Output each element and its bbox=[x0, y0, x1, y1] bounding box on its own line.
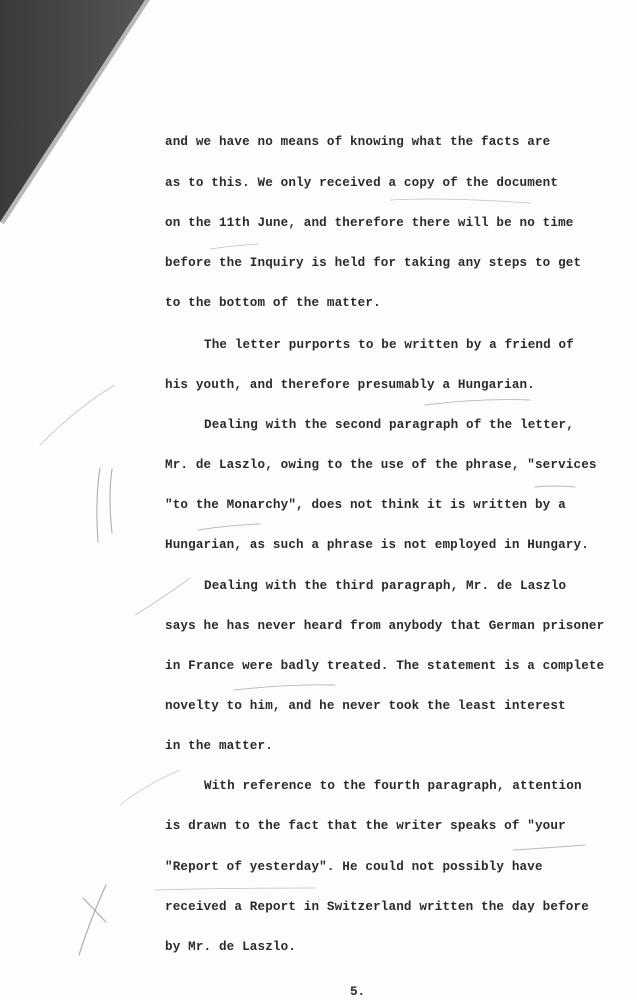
text-line-12: Dealing with the third paragraph, Mr. de… bbox=[204, 578, 566, 594]
text-line-20: received a Report in Switzerland written… bbox=[165, 899, 589, 915]
text-line-1: and we have no means of knowing what the… bbox=[165, 134, 550, 150]
text-line-15: novelty to him, and he never took the le… bbox=[165, 698, 566, 714]
document-page: and we have no means of knowing what the… bbox=[0, 0, 637, 1000]
text-line-4: before the Inquiry is held for taking an… bbox=[165, 255, 581, 271]
text-line-10: "to the Monarchy", does not think it is … bbox=[165, 497, 566, 513]
pencil-underline-mark bbox=[198, 524, 260, 530]
text-line-5: to the bottom of the matter. bbox=[165, 295, 381, 311]
pencil-underline-mark bbox=[210, 244, 258, 249]
text-line-13: says he has never heard from anybody tha… bbox=[165, 618, 604, 634]
pencil-underline-mark bbox=[390, 199, 530, 203]
pencil-underline-mark bbox=[155, 888, 315, 890]
text-line-19: "Report of yesterday". He could not poss… bbox=[165, 859, 543, 875]
pencil-x-mark-a bbox=[83, 898, 106, 922]
text-line-7: his youth, and therefore presumably a Hu… bbox=[165, 377, 535, 393]
text-line-18: is drawn to the fact that the writer spe… bbox=[165, 818, 566, 834]
text-line-3: on the 11th June, and therefore there wi… bbox=[165, 215, 574, 231]
text-line-6: The letter purports to be written by a f… bbox=[204, 337, 574, 353]
text-line-14: in France were badly treated. The statem… bbox=[165, 658, 604, 674]
pencil-double-bar-left bbox=[97, 468, 100, 542]
pencil-underline-mark bbox=[234, 685, 335, 690]
pencil-double-bar-right bbox=[110, 469, 112, 533]
text-line-8: Dealing with the second paragraph of the… bbox=[204, 417, 574, 433]
text-line-21: by Mr. de Laszlo. bbox=[165, 939, 296, 955]
pencil-underline-mark bbox=[513, 845, 585, 850]
page-number: 5. bbox=[350, 985, 365, 999]
pencil-underline-mark bbox=[425, 400, 530, 405]
pencil-x-mark-b bbox=[79, 885, 106, 955]
text-line-2: as to this. We only received a copy of t… bbox=[165, 175, 558, 191]
text-line-16: in the matter. bbox=[165, 738, 273, 754]
pencil-margin-stroke bbox=[135, 578, 190, 615]
pencil-margin-stroke bbox=[40, 385, 115, 445]
text-line-9: Mr. de Laszlo, owing to the use of the p… bbox=[165, 457, 597, 473]
pencil-underline-mark bbox=[535, 486, 575, 487]
pencil-margin-stroke bbox=[120, 770, 180, 805]
text-line-17: With reference to the fourth paragraph, … bbox=[204, 778, 582, 794]
text-line-11: Hungarian, as such a phrase is not emplo… bbox=[165, 537, 589, 553]
